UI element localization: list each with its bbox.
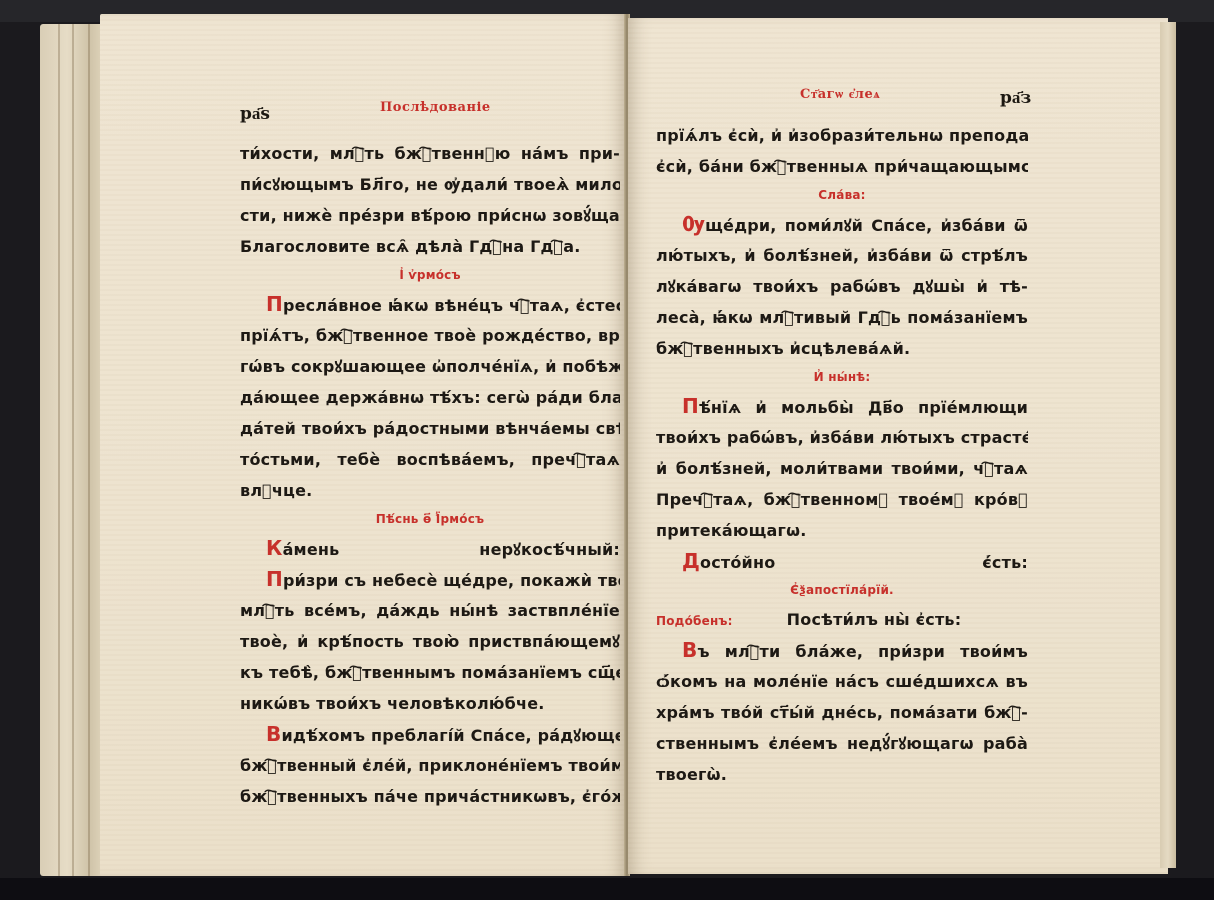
paragraph-start-line: Ѹще́дри, поми́лꙋй Спа́се, и҆зба́ви ѿ: [656, 209, 1028, 240]
page-edge-line: [88, 24, 90, 876]
text-line: къ тебѣ̀, бжⷭ҇твеннымъ пома́занїемъ сщ҃е…: [240, 657, 620, 688]
red-initial-letter: П: [266, 292, 283, 316]
page-edge-line: [72, 24, 74, 876]
text-line: влⷣчце.: [240, 475, 620, 506]
rubric-heading: Сла́ва:: [656, 182, 1028, 209]
podoben-line: Подо́бенъ:Посѣти́лъ ны̀ є҆сть:: [656, 604, 1028, 635]
text-line: хра́мъ тво́й ст҃ы́й дне́сь, пома́зати бж…: [656, 697, 1028, 728]
paragraph-start-line: Видѣ́хомъ преблагі́й Спа́се, ра́дꙋющесѧ: [240, 719, 620, 750]
text-line: бжⷭ҇твенный є҆ле́й, приклоне́нїемъ твои́…: [240, 750, 620, 781]
left-page: ра҃ѕ Послѣдованіе ти́хости, млⷭ҇ть бжⷭ҇т…: [100, 14, 626, 876]
text-line: да́ющее держа́внѡ тѣ́хъ: сегѡ̀ ра́ди бла…: [240, 382, 620, 413]
right-folio-number: ра҃з: [1000, 88, 1031, 108]
red-initial-letter: П: [682, 394, 699, 418]
text-line: бжⷭ҇твенныхъ па́че прича́стникѡвъ, є҆го́…: [240, 781, 620, 812]
right-running-head: Ст҃агѡ є҆леѧ: [800, 86, 880, 102]
text-line: гѡ́въ сокрꙋшающее ѡ҆полче́нїѧ, и҆ побѣж-: [240, 351, 620, 382]
text-line: лесà, ꙗ҆́кѡ млⷭ҇тивый Гдⷭ҇ь пома́занїемъ: [656, 302, 1028, 333]
line-text: идѣ́хомъ преблагі́й Спа́се, ра́дꙋющесѧ: [281, 726, 620, 745]
text-line: и҆ болѣ́зней, моли́твами твои́ми, чⷭ҇таѧ: [656, 453, 1028, 484]
left-running-head: Послѣдованіе: [380, 100, 491, 115]
text-line: да́тей твои́хъ ра́достными вѣнча́емы свѣ…: [240, 413, 620, 444]
text-line: ѻ҆́комъ на моле́нїе на́съ сше́дшихсѧ въ: [656, 666, 1028, 697]
text-line: лꙋка́вагѡ твои́хъ рабѡ́въ дꙋшы̀ и҆ тѣ-: [656, 271, 1028, 302]
red-initial-letter: П: [266, 567, 283, 591]
red-initial-letter: В: [682, 638, 697, 662]
left-folio-number: ра҃ѕ: [240, 104, 270, 124]
red-initial-letter: К: [266, 536, 283, 560]
line-text: ри́зри съ небесѐ ще́дре, покажѝ твою̀: [283, 571, 620, 590]
text-line: пи́сꙋющымъ Бл҃го, не ѹ҆дали́ твоеѧ̀ мило…: [240, 169, 620, 200]
paragraph-start-line: Досто́йно є҆́сть:: [656, 546, 1028, 577]
page-edges-right: [1160, 22, 1176, 868]
paragraph-start-line: Пресла́вное ꙗ҆́кѡ вѣне́цъ чⷭ҇таѧ, є҆стес…: [240, 289, 620, 320]
right-text-block: прїѧ́лъ є҆сѝ, и҆ и҆зобрази́тельнѡ препод…: [656, 120, 1028, 790]
text-line: є҆сѝ, ба́ни бжⷭ҇твенныѧ при́чащающымсѧ.: [656, 151, 1028, 182]
text-line: бжⷭ҇твенныхъ и҆сцѣлева́ѧй.: [656, 333, 1028, 364]
text-line: сти, нижѐ пре́зри вѣ́рою при́снѡ зовꙋ́ща…: [240, 200, 620, 231]
page-edge-line: [58, 24, 60, 876]
text-line: ти́хости, млⷭ҇ть бжⷭ҇твеннꙋю на́мъ при-: [240, 138, 620, 169]
red-initial-letter: Д: [682, 549, 700, 573]
right-page: Ст҃агѡ є҆леѧ ра҃з прїѧ́лъ є҆сѝ, и҆ и҆зоб…: [628, 18, 1168, 874]
line-text: а́мень нерꙋкосѣ́чный:: [283, 540, 620, 559]
paragraph-start-line: Ка́мень нерꙋкосѣ́чный:: [240, 533, 620, 564]
red-initial-letter: Ѹ: [682, 212, 705, 236]
line-text: ѣ́нїѧ и҆ мольбы̀ Дв҃о прїе́млющи: [699, 398, 1028, 417]
text-line: Пречⷭ҇таѧ, бжⷭ҇твенномꙋ твое́мꙋ кро́вꙋ: [656, 484, 1028, 515]
rubric-heading: І҆ ѵ҆рмо́съ: [240, 262, 620, 289]
podoben-label: Подо́бенъ:: [656, 614, 733, 628]
background-bottom: [0, 878, 1214, 900]
line-text: осто́йно є҆́сть:: [700, 553, 1028, 572]
line-text: ще́дри, поми́лꙋй Спа́се, и҆зба́ви ѿ: [705, 216, 1028, 235]
text-line: твои́хъ рабѡ́въ, и҆зба́ви лю́тыхъ страст…: [656, 422, 1028, 453]
rubric-heading: Є҆ѯапостїла́рїй.: [656, 577, 1028, 604]
text-line: притека́ющагѡ.: [656, 515, 1028, 546]
rubric-heading: Пѣ́снь ѳ҃ Ї҆рмо́съ: [240, 506, 620, 533]
line-text: Посѣти́лъ ны̀ є҆сть:: [787, 610, 962, 629]
text-line: то́стьми, тебѐ воспѣва́емъ, пречⷭ҇таѧ: [240, 444, 620, 475]
text-line: твоегѡ̀.: [656, 759, 1028, 790]
text-line: прїѧ́лъ є҆сѝ, и҆ и҆зобрази́тельнѡ препод…: [656, 120, 1028, 151]
text-line: никѡ́въ твои́хъ человѣколю́бче.: [240, 688, 620, 719]
text-line: твоѐ, и҆ крѣ́пость твою̀ приствпа́ющемꙋ: [240, 626, 620, 657]
paragraph-start-line: Пѣ́нїѧ и҆ мольбы̀ Дв҃о прїе́млющи: [656, 391, 1028, 422]
paragraph-start-line: При́зри съ небесѐ ще́дре, покажѝ твою̀: [240, 564, 620, 595]
line-text: ресла́вное ꙗ҆́кѡ вѣне́цъ чⷭ҇таѧ, є҆стест…: [283, 296, 620, 315]
rubric-heading: И҆ ны́нѣ:: [656, 364, 1028, 391]
paragraph-start-line: Въ млⷭ҇ти бла́же, при́зри твои́мъ: [656, 635, 1028, 666]
text-line: млⷭ҇ть все́мъ, да́ждь ны́нѣ заствпле́нїе: [240, 595, 620, 626]
line-text: ъ млⷭ҇ти бла́же, при́зри твои́мъ: [697, 642, 1028, 661]
text-line: Благословите всѧ̑ дѣла̀ Гдⷭ҇на Гдⷭ҇а.: [240, 231, 620, 262]
red-initial-letter: В: [266, 722, 281, 746]
left-text-block: ти́хости, млⷭ҇ть бжⷭ҇твеннꙋю на́мъ при-п…: [240, 138, 620, 812]
text-line: прїѧ́тъ, бжⷭ҇твенное твоѐ рожде́ство, вр…: [240, 320, 620, 351]
text-line: ственнымъ є҆ле́емъ недꙋ́гꙋющагѡ раба̀: [656, 728, 1028, 759]
text-line: лю́тыхъ, и҆ болѣ́зней, и҆зба́ви ѿ стрѣ́л…: [656, 240, 1028, 271]
